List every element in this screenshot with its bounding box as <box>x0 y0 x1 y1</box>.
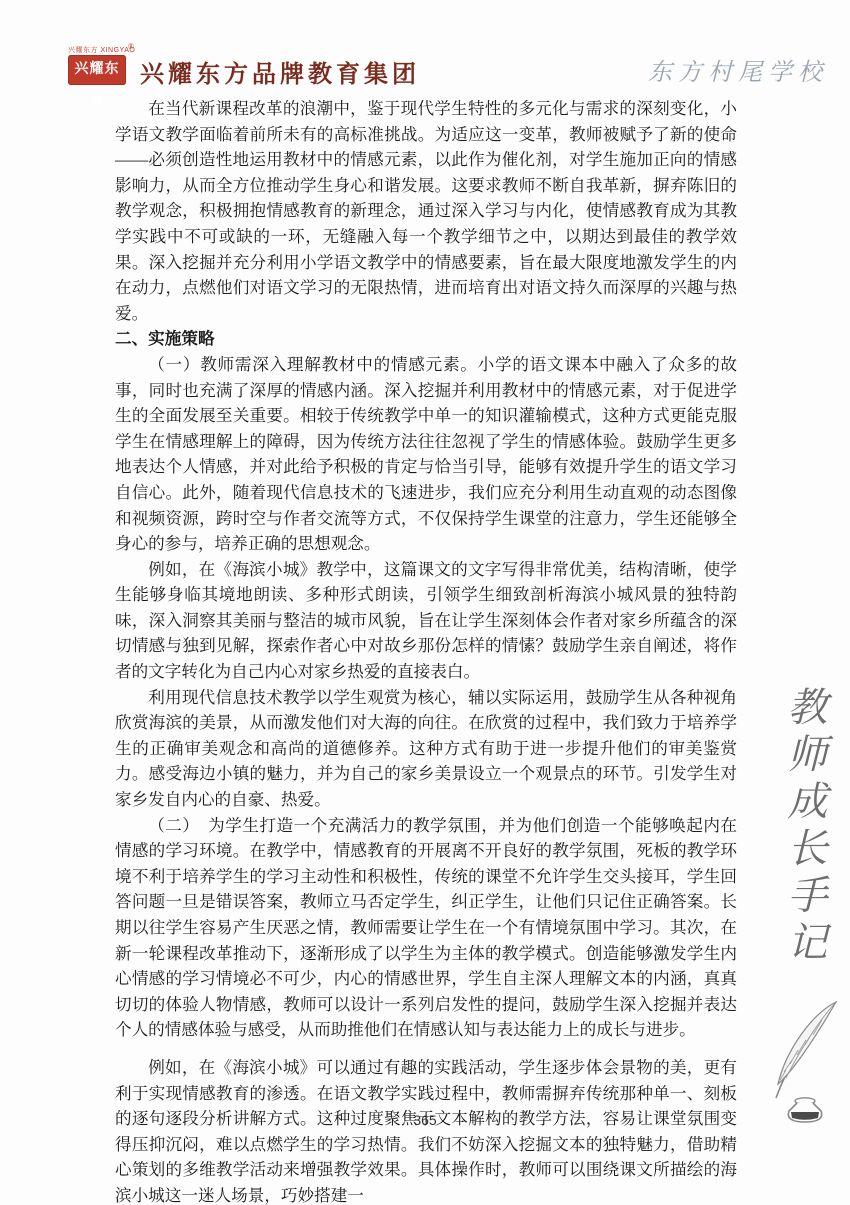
brand-name: 兴耀东方品牌教育集团 <box>140 54 420 89</box>
logo-stamp-seal: 兴耀东方 <box>68 55 126 85</box>
page-number: 365 <box>413 1112 436 1128</box>
paragraph-strategy-one: （一）教师需深入理解教材中的情感元素。小学的语文课本中融入了众多的故事，同时也充… <box>115 352 737 557</box>
paragraph-example-one: 例如，在《海滨小城》教学中，这篇课文的文字写得非常优美，结构清晰，使学生能够身临… <box>115 557 737 685</box>
registered-mark: ® <box>128 42 134 51</box>
page-footer: 365 <box>0 1112 850 1128</box>
section-heading: 二、实施策略 <box>115 326 737 352</box>
paragraph-technology: 利用现代信息技术教学以学生观赏为核心，辅以实际运用，鼓励学生从各种视角欣赏海滨的… <box>115 685 737 813</box>
paragraph-example-two: 例如，在《海滨小城》可以通过有趣的实践活动，学生逐步体会景物的美，更有利于实现情… <box>115 1055 737 1205</box>
brand-logo: 兴耀东方 XINGYAO ® 兴耀东方 <box>68 46 130 94</box>
document-page: 兴耀东方 XINGYAO ® 兴耀东方 兴耀东方品牌教育集团 东方村尾学校 在当… <box>0 0 850 1205</box>
paragraph-intro: 在当代新课程改革的浪潮中，鉴于现代学生特性的多元化与需求的深刻变化，小学语文教学… <box>115 96 737 326</box>
paragraph-strategy-two: （二） 为学生打造一个充满活力的教学氛围，并为他们创造一个能够唤起内在情感的学习… <box>115 813 737 1043</box>
school-name: 东方村尾学校 <box>648 52 828 87</box>
margin-vertical-title: 教师成长手记 <box>776 686 833 976</box>
quill-and-inkwell-icon <box>756 998 848 1130</box>
document-body: 在当代新课程改革的浪潮中，鉴于现代学生特性的多元化与需求的深刻变化，小学语文教学… <box>115 96 737 1205</box>
logo-top-text: 兴耀东方 XINGYAO <box>68 46 130 55</box>
